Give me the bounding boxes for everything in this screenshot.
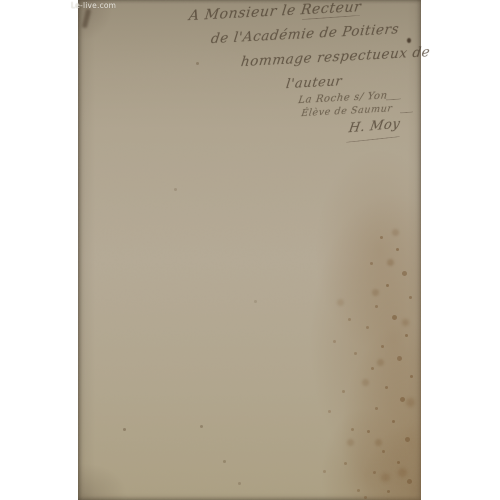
handwritten-dedication: A Monsieur le Recteur de l'Académie de P… — [78, 0, 421, 500]
dedication-line-4: l'auteur — [285, 74, 343, 92]
signature: H. Moy — [348, 116, 402, 136]
underline-flourish-2 — [386, 98, 401, 100]
dedication-line-3: hommage respectueux de — [240, 44, 431, 70]
underline-flourish-3 — [400, 112, 413, 114]
scanned-photo: A Monsieur le Recteur de l'Académie de P… — [0, 0, 500, 500]
dedication-line-2: de l'Académie de Poitiers — [210, 21, 400, 47]
signature-flourish — [346, 136, 400, 143]
dedication-line-6: Élève de Saumur — [301, 103, 394, 119]
dedication-line-1: A Monsieur le Recteur — [188, 0, 362, 24]
book-flyleaf: A Monsieur le Recteur de l'Académie de P… — [78, 0, 421, 500]
